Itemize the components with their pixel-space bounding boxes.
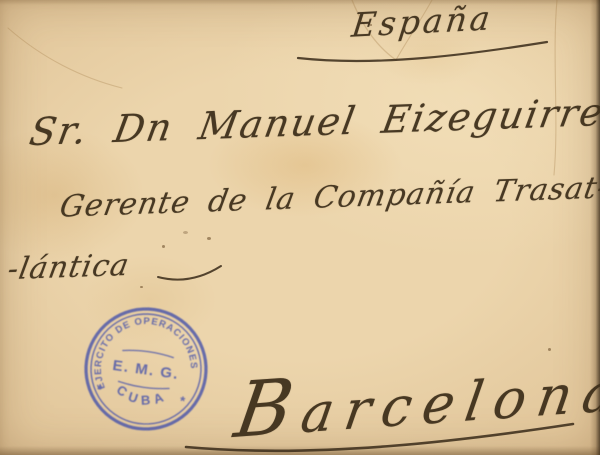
envelope-photo: EJERCITO DE OPERACIONES E. M. G. CUBA * … — [0, 0, 600, 455]
paper-crease — [554, 0, 557, 175]
handwritten-country: España — [350, 0, 495, 45]
address-tail-flourish — [158, 266, 221, 280]
handwritten-addressee-title-continued: -lántica — [5, 248, 132, 287]
paper-crease — [8, 28, 122, 88]
country-underline-flourish — [298, 42, 547, 61]
